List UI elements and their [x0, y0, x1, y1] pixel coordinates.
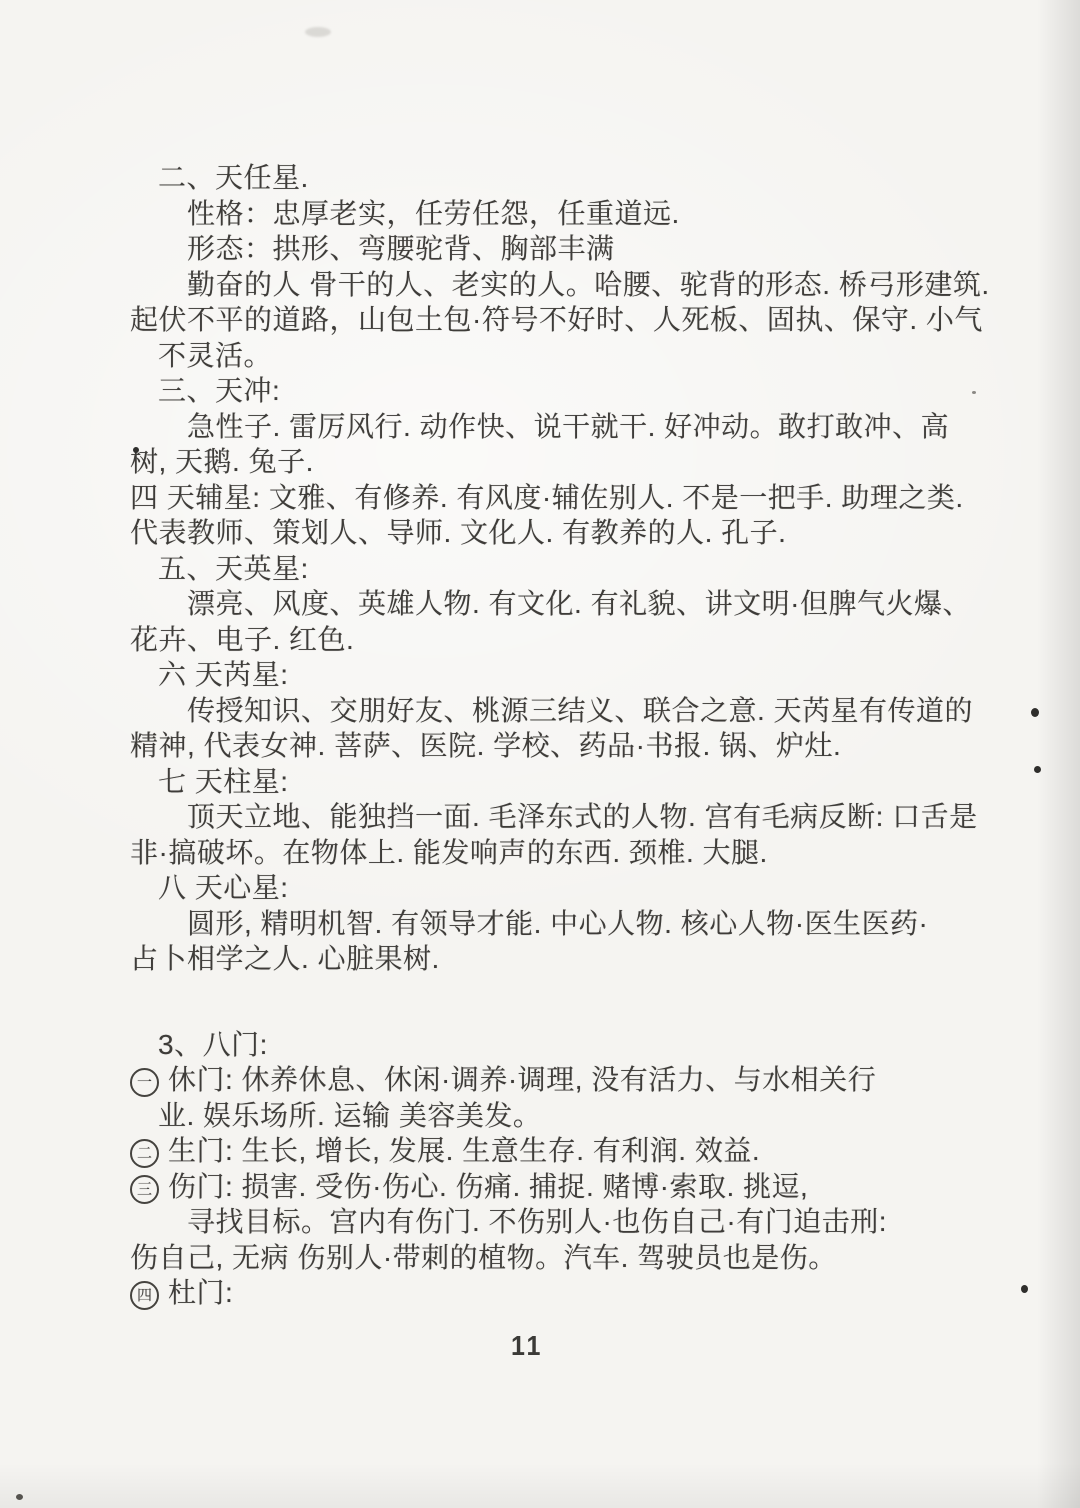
handwritten-line: 二生门: 生长, 增长, 发展. 生意生存. 有利润. 效益.	[130, 1133, 975, 1169]
circled-number-marker: 二	[130, 1139, 159, 1168]
handwritten-line: 形态：拱形、弯腰驼背、胸部丰满	[130, 231, 975, 267]
scan-speck	[1021, 1285, 1028, 1293]
handwritten-line: 圆形, 精明机智. 有领导才能. 中心人物. 核心人物·医生医药·	[130, 906, 975, 942]
page-number: 11	[511, 1331, 543, 1363]
handwritten-line: 顶天立地、能独挡一面. 毛泽东式的人物. 宫有毛病反断: 口舌是	[130, 799, 975, 835]
scan-smudge	[305, 27, 331, 37]
handwritten-line: 二、天任星.	[130, 160, 975, 196]
handwritten-line-text: 伤门: 损害. 受伤·伤心. 伤痛. 捕捉. 赌博·索取. 挑逗,	[168, 1171, 808, 1202]
handwritten-line: 性格：忠厚老实，任劳任怨，任重道远.	[130, 196, 975, 232]
handwritten-line: 三伤门: 损害. 受伤·伤心. 伤痛. 捕捉. 赌博·索取. 挑逗,	[130, 1169, 975, 1205]
handwritten-line: 不灵活。	[130, 338, 975, 374]
handwritten-line-text: 杜门:	[168, 1277, 233, 1308]
scan-speck	[972, 391, 976, 394]
circled-number-marker: 一	[130, 1068, 159, 1097]
scan-speck	[16, 1494, 23, 1500]
handwritten-line: 非·搞破坏。在物体上. 能发响声的东西. 颈椎. 大腿.	[130, 835, 975, 871]
circled-number-marker: 三	[130, 1175, 159, 1204]
handwritten-line: 起伏不平的道路，山包土包·符号不好时、人死板、固执、保守. 小气	[130, 302, 975, 338]
handwritten-line: 伤自己, 无病 伤别人·带刺的植物。汽车. 驾驶员也是伤。	[130, 1240, 975, 1276]
handwritten-line: 六 天芮星:	[130, 657, 975, 693]
handwritten-line: 占卜相学之人. 心脏果树.	[130, 941, 975, 977]
handwritten-line: 业. 娱乐场所. 运输 美容美发。	[130, 1098, 975, 1134]
handwritten-line: 花卉、电子. 红色.	[130, 622, 975, 658]
scan-speck	[1034, 766, 1041, 773]
scan-speck	[1031, 708, 1039, 717]
handwritten-line: 3、八门:	[130, 1027, 975, 1063]
scan-speck	[133, 447, 139, 453]
handwritten-line: 四 天辅星: 文雅、有修养. 有风度·辅佐别人. 不是一把手. 助理之类.	[130, 480, 975, 516]
handwritten-line: 一休门: 休养休息、休闲·调养·调理, 没有活力、与水相关行	[130, 1062, 975, 1098]
handwritten-line: 代表教师、策划人、导师. 文化人. 有教养的人. 孔子.	[130, 515, 975, 551]
handwritten-line: 树, 天鹅. 兔子.	[130, 444, 975, 480]
handwritten-line: 七 天柱星:	[130, 764, 975, 800]
handwritten-line-text: 休门: 休养休息、休闲·调养·调理, 没有活力、与水相关行	[168, 1064, 876, 1095]
handwritten-text-block: 二、天任星.性格：忠厚老实，任劳任怨，任重道远.形态：拱形、弯腰驼背、胸部丰满勤…	[130, 160, 975, 1311]
circled-number-marker: 四	[130, 1281, 159, 1310]
scanned-page: 二、天任星.性格：忠厚老实，任劳任怨，任重道远.形态：拱形、弯腰驼背、胸部丰满勤…	[0, 0, 1080, 1508]
handwritten-line: 三、天冲:	[130, 373, 975, 409]
handwritten-line-text: 生门: 生长, 增长, 发展. 生意生存. 有利润. 效益.	[168, 1135, 760, 1166]
handwritten-line: 漂亮、风度、英雄人物. 有文化. 有礼貌、讲文明·但脾气火爆、	[130, 586, 975, 622]
handwritten-line: 急性子. 雷厉风行. 动作快、说干就干. 好冲动。敢打敢冲、高	[130, 409, 975, 445]
handwritten-line: 勤奋的人 骨干的人、老实的人。哈腰、驼背的形态. 桥弓形建筑.	[130, 267, 975, 303]
handwritten-line: 八 天心星:	[130, 870, 975, 906]
handwritten-line: 精神, 代表女神. 菩萨、医院. 学校、药品·书报. 锅、炉灶.	[130, 728, 975, 764]
handwritten-line: 寻找目标。宫内有伤门. 不伤别人·也伤自己·有门迫击刑:	[130, 1204, 975, 1240]
handwritten-line: 传授知识、交朋好友、桃源三结义、联合之意. 天芮星有传道的	[130, 693, 975, 729]
handwritten-line: 四杜门:	[130, 1275, 975, 1311]
handwritten-line: 五、天英星:	[130, 551, 975, 587]
